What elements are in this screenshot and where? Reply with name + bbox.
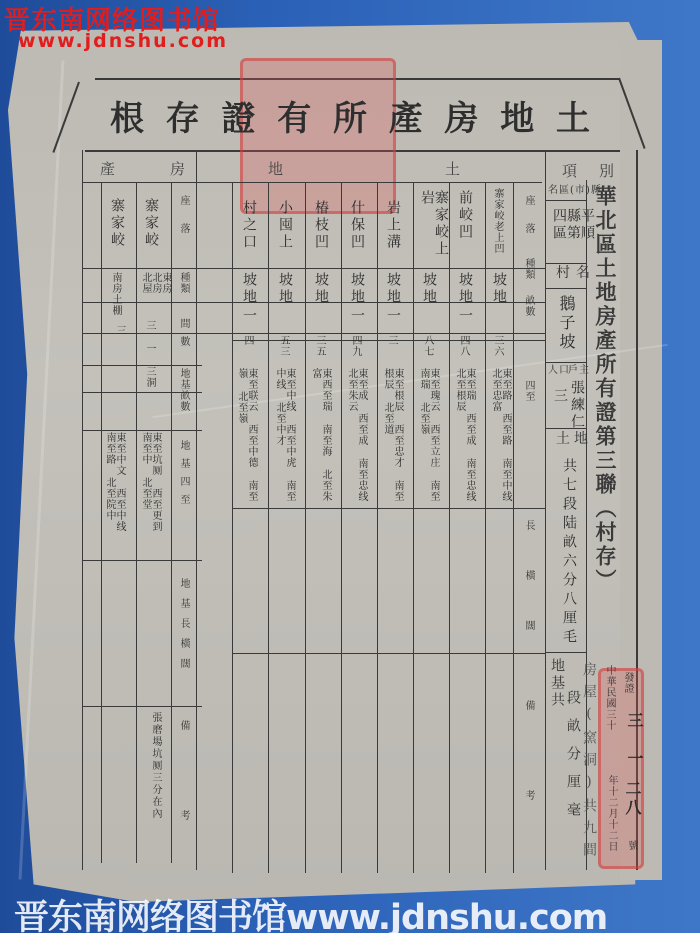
land-header-char: 土 [445, 158, 460, 179]
parcel-type: 坡地 [492, 272, 506, 306]
house-header-char: 產 [100, 158, 115, 179]
date-era: 中華民國三十 [604, 665, 614, 731]
grid-line [232, 653, 545, 654]
watermark-footer: 晋东南网络图书馆www.jdnshu.com [14, 890, 607, 933]
parcel-type: 坡地 [242, 272, 256, 306]
parcel-boundaries: 東至联云 西至中德 南至嶺 北至嶺 [236, 368, 256, 503]
parcel-boundaries: 東至路 西至路 南至中线 北至忠富 [490, 368, 510, 503]
row-label-location: 座落 [523, 195, 533, 251]
header-divider [82, 182, 542, 183]
parcel-type: 坡地 [350, 272, 364, 306]
region-label: 名區(市)縣 [548, 186, 602, 196]
row-label-remarks: 備考 [523, 700, 533, 880]
watermark-site-url: www.jdnshu.com [18, 30, 228, 52]
parcel-type: 坡地 [386, 272, 400, 306]
parcel-location: 寨家峧上岩 [420, 190, 448, 270]
row-label-length: 長 [523, 520, 533, 531]
title-char: 房 [445, 91, 479, 140]
grid-line [545, 200, 587, 201]
parcel-type: 坡地 [422, 272, 436, 306]
region-value: 平順縣第四區 [552, 208, 594, 258]
title-char: 根 [110, 91, 144, 140]
grid-line [377, 183, 378, 873]
parcel-location: 寨家峧老上凹 [492, 188, 502, 268]
parcel-fen: 四 [242, 335, 252, 346]
parcel-fen: 五三 [278, 335, 288, 357]
parcel-type: 坡地 [314, 272, 328, 306]
household-label: 戶主 [568, 366, 590, 376]
parcel-fen: 八七 [422, 335, 432, 357]
grid-line [449, 183, 450, 873]
grid-line [545, 150, 546, 870]
village-label: 村名 [556, 266, 596, 280]
grid-line [545, 288, 587, 289]
parcel-mu: 一 [386, 308, 400, 325]
parcel-fen: 四八 [458, 335, 468, 357]
land-label: 土地 [556, 432, 592, 446]
grid-line [136, 183, 137, 863]
parcel-type: 坡地 [458, 272, 472, 306]
grid-line [196, 150, 197, 870]
house-row-label-location: 座落 [178, 195, 188, 251]
title-char: 土 [556, 91, 590, 140]
grid-line [82, 365, 202, 366]
title-char: 地 [500, 91, 534, 140]
serial-digit: 一 [626, 750, 642, 769]
parcel-location: 村之口 [242, 200, 256, 251]
grid-line [82, 430, 202, 431]
parcel-location: 小囤上 [278, 200, 292, 251]
parcel-fen: 三 [386, 335, 396, 346]
grid-line [413, 183, 414, 873]
parcel-location: 岩上溝 [386, 200, 400, 251]
parcel-mu: 一 [350, 308, 364, 325]
parcel-boundaries: 東至成 西至成 南至忠线 北至朱云 [346, 368, 366, 503]
grid-line [545, 362, 587, 363]
house-location: 寨家峧 [110, 198, 124, 249]
house-boundaries: 東至坑厕 西至更到 南至中 北至堂 [140, 432, 160, 552]
house-rooms: 三 [114, 325, 124, 336]
house-row-label-site-boundaries: 地基四至 [178, 440, 188, 512]
grid-line [82, 706, 202, 707]
household-value: 張練仁 [570, 380, 584, 431]
house-rooms: 三 一 三洞 [144, 320, 154, 388]
grid-line [82, 268, 545, 269]
land-total: 共七段陆畝六分八厘毛 [562, 458, 576, 648]
parcel-location: 椿枝凹 [314, 200, 328, 251]
house-header-char: 房 [170, 158, 185, 179]
parcel-location: 什保凹 [350, 200, 364, 251]
parcel-fen: 四九 [350, 335, 360, 357]
title-char: 所 [333, 91, 367, 140]
row-label-breadth: 闊 [523, 620, 533, 631]
parcel-fen: 三五 [314, 335, 324, 357]
side-title: 華北區土地房產所有證第三聯（村存） [590, 185, 620, 665]
house-row-label-site-dimensions: 地基長橫闊 [178, 578, 188, 678]
serial-digit: 三 [626, 712, 642, 731]
house-row-label-type: 種類 [178, 272, 188, 294]
house-total: 房屋(窯洞)共九間 [582, 662, 596, 864]
issue-label: 發證 [622, 672, 632, 694]
title-char: 有 [277, 91, 311, 140]
grid-line [232, 508, 545, 509]
house-row-label-site-mu: 地基畝數 [178, 368, 188, 412]
title-char: 證 [222, 91, 256, 140]
serial-suffix: 號 [626, 840, 636, 851]
house-row-label-remarks: 備考 [178, 720, 188, 900]
parcel-fen: 三六 [492, 335, 502, 357]
house-row-label-rooms: 間數 [178, 318, 188, 354]
parcel-boundaries: 東至瑰云 西至立庄 南至南瑞 北至嶺 [418, 368, 438, 503]
site-label: 地基共 [550, 658, 564, 709]
title-char: 產 [389, 91, 423, 140]
grid-line [545, 652, 587, 653]
parcel-location: 前峧凹 [458, 190, 472, 241]
parcel-type: 坡地 [278, 272, 292, 306]
serial-digit: 二八 [624, 780, 640, 818]
title-char: 存 [166, 91, 200, 140]
category-header: 項別 [562, 160, 636, 181]
grid-line [171, 183, 172, 863]
parcel-boundaries: 東至根辰 西至忠才 南至根辰 北至道 [382, 368, 402, 503]
grid-line [101, 183, 102, 863]
land-header-char: 地 [268, 158, 283, 179]
parcel-boundaries: 東至中线 西至中虎 南至中线 北至中才 [274, 368, 294, 503]
house-location: 寨家峧 [144, 198, 158, 249]
house-boundaries: 東至中文 西至中线 南至路 北至院中 [104, 432, 124, 552]
parcel-boundaries: 東西至瑞 南至海 北至朱富 [310, 368, 330, 503]
parcel-mu: 一 [242, 308, 256, 325]
grid-line [268, 183, 269, 873]
site-total: 段畝分厘毫 [566, 690, 580, 830]
people-label: 人口 [548, 366, 570, 376]
grid-line [545, 263, 587, 264]
grid-line [82, 560, 202, 561]
grid-line [341, 183, 342, 873]
parcel-boundaries: 東至瑞 西至成 南至忠线 北至根辰 [454, 368, 474, 503]
row-label-type: 種類 [523, 258, 533, 280]
document-title: 土 地 房 產 所 有 證 存 根 [110, 92, 590, 138]
grid-line [485, 183, 486, 873]
grid-line [82, 150, 83, 870]
grid-line [305, 183, 306, 873]
people-value: 三 [553, 388, 567, 405]
grid-line [232, 183, 233, 873]
row-label-width: 橫 [523, 570, 533, 581]
house-type: 東房 北房 北屋 [140, 272, 170, 302]
date-text: 年十二月十二日 [606, 775, 616, 852]
village-value: 鵝子坡 [558, 295, 574, 352]
house-remark: 張磨場坑厕三分在內 [150, 712, 160, 852]
house-type: 南房土棚 [110, 272, 120, 316]
row-label-mu: 畝數 [523, 295, 533, 317]
parcel-mu: 一 [458, 308, 472, 325]
row-label-boundaries: 四至 [523, 380, 533, 402]
grid-line [513, 183, 514, 873]
